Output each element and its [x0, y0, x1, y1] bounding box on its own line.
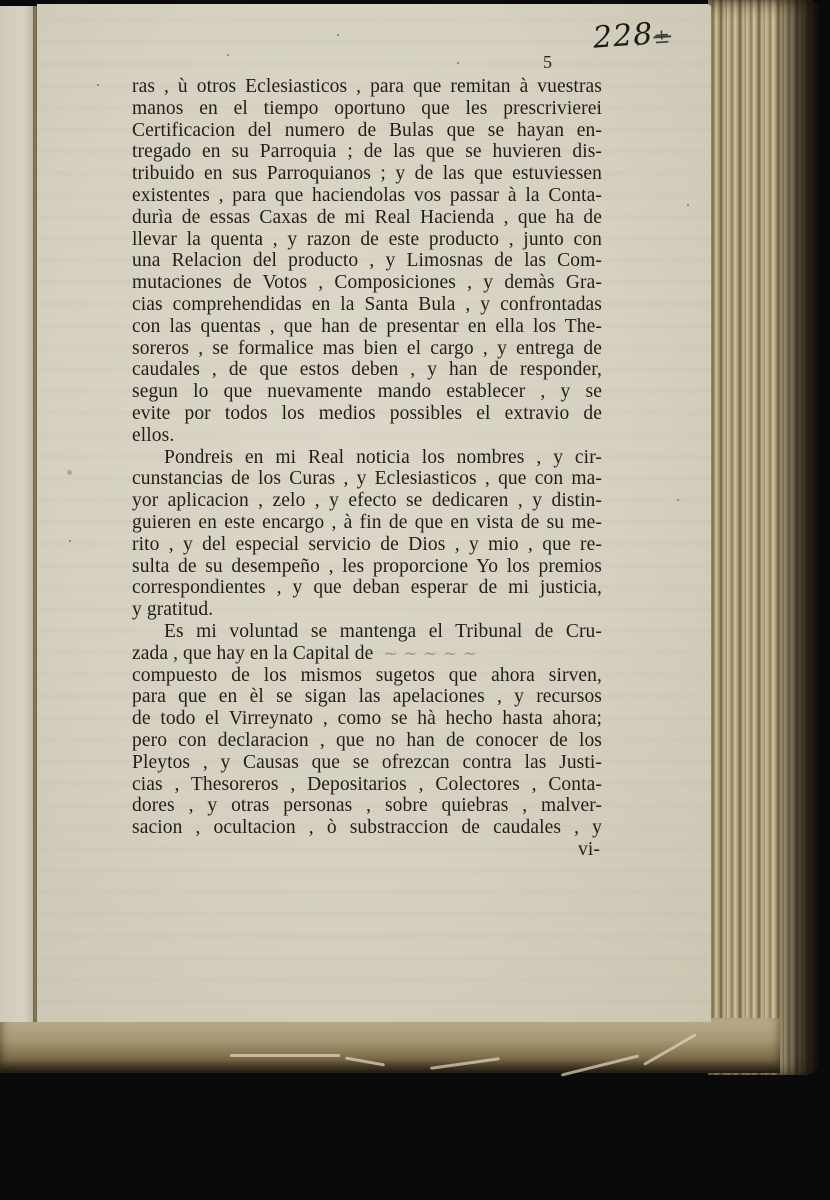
text-line: compuesto de los mismos sugetos que ahor…	[132, 665, 602, 687]
handwritten-folio-number: 228±	[592, 15, 672, 55]
book-photo-scene: 228± 5 ras , ù otros Eclesiasticos , par…	[0, 0, 830, 1200]
paragraph-start-line: Pondreis en mi Real noticia los nombres …	[132, 447, 602, 469]
document-page: 228± 5 ras , ù otros Eclesiasticos , par…	[37, 4, 711, 1022]
text-line: rito , y del especial servicio de Dios ,…	[132, 534, 602, 556]
printed-page-number: 5	[543, 52, 552, 73]
struck-mark: ±	[653, 23, 672, 48]
text-line: mutaciones de Votos , Composiciones , y …	[132, 272, 602, 294]
text-line: llevar la quenta , y razon de este produ…	[132, 229, 602, 251]
text-line: pero con declaracion , que no han de con…	[132, 730, 602, 752]
torn-paper-strand	[561, 1054, 639, 1076]
text-line: cias , Thesoreros , Depositarios , Colec…	[132, 774, 602, 796]
text-line: sulta de su desempeño , les proporcione …	[132, 556, 602, 578]
text-line: evite por todos los medios possibles el …	[132, 403, 602, 425]
text-line: sacion , ocultacion , ò substraccion de …	[132, 817, 602, 839]
text-line: guieren en este encargo , à fin de que e…	[132, 512, 602, 534]
torn-paper-strand	[643, 1033, 696, 1066]
text-line: correspondientes , y que deban esperar d…	[132, 577, 602, 599]
text-line: soreros , se formalice mas bien el cargo…	[132, 338, 602, 360]
text-line: una Relacion del producto , y Limosnas d…	[132, 250, 602, 272]
text-line: tribuido en sus Parroquianos ; y de las …	[132, 163, 602, 185]
text-line: caudales , de que estos deben , y han de…	[132, 359, 602, 381]
text-line-content: zada , que hay en la Capital de	[132, 643, 373, 664]
text-line: cias comprehendidas en la Santa Bula , y…	[132, 294, 602, 316]
text-line: yor aplicacion , zelo , y efecto se dedi…	[132, 490, 602, 512]
text-line: ellos.	[132, 425, 602, 447]
text-line: tregado en su Parroquia ; de las que se …	[132, 141, 602, 163]
catchword: vi-	[132, 839, 602, 861]
text-line: existentes , para que haciendolas vos pa…	[132, 185, 602, 207]
text-line: para que en èl se sigan las apelaciones …	[132, 686, 602, 708]
paragraph-start-line: Es mi voluntad se mantenga el Tribunal d…	[132, 621, 602, 643]
torn-paper-strand	[430, 1057, 500, 1070]
foxing-stain	[67, 470, 72, 475]
text-line: de todo el Virreynato , como se hà hecho…	[132, 708, 602, 730]
book-bottom-edge	[0, 1018, 780, 1073]
torn-paper-strand	[230, 1054, 340, 1057]
folio-number-text: 228	[592, 17, 655, 56]
text-line: cunstancias de los Curas , y Eclesiastic…	[132, 468, 602, 490]
text-line: y gratitud.	[132, 599, 602, 621]
text-line: Pleytos , y Causas que se ofrezcan contr…	[132, 752, 602, 774]
torn-paper-strand	[345, 1057, 385, 1067]
text-line-with-insert: zada , que hay en la Capital de~ ~ ~ ~ ~	[132, 643, 602, 665]
text-line: durìa de essas Caxas de mi Real Hacienda…	[132, 207, 602, 229]
body-text: ras , ù otros Eclesiasticos , para que r…	[132, 76, 602, 861]
text-line: con las quentas , que han de presentar e…	[132, 316, 602, 338]
text-line: Certificacion del numero de Bulas que se…	[132, 120, 602, 142]
handwritten-insertion: ~ ~ ~ ~ ~	[383, 644, 477, 664]
book-fore-edge	[708, 0, 818, 1075]
text-line: manos en el tiempo oportuno que les pres…	[132, 98, 602, 120]
text-line: segun lo que nuevamente mando establecer…	[132, 381, 602, 403]
left-page-edge	[0, 6, 34, 1022]
text-line: ras , ù otros Eclesiasticos , para que r…	[132, 76, 602, 98]
text-line: dores , y otras personas , sobre quiebra…	[132, 795, 602, 817]
